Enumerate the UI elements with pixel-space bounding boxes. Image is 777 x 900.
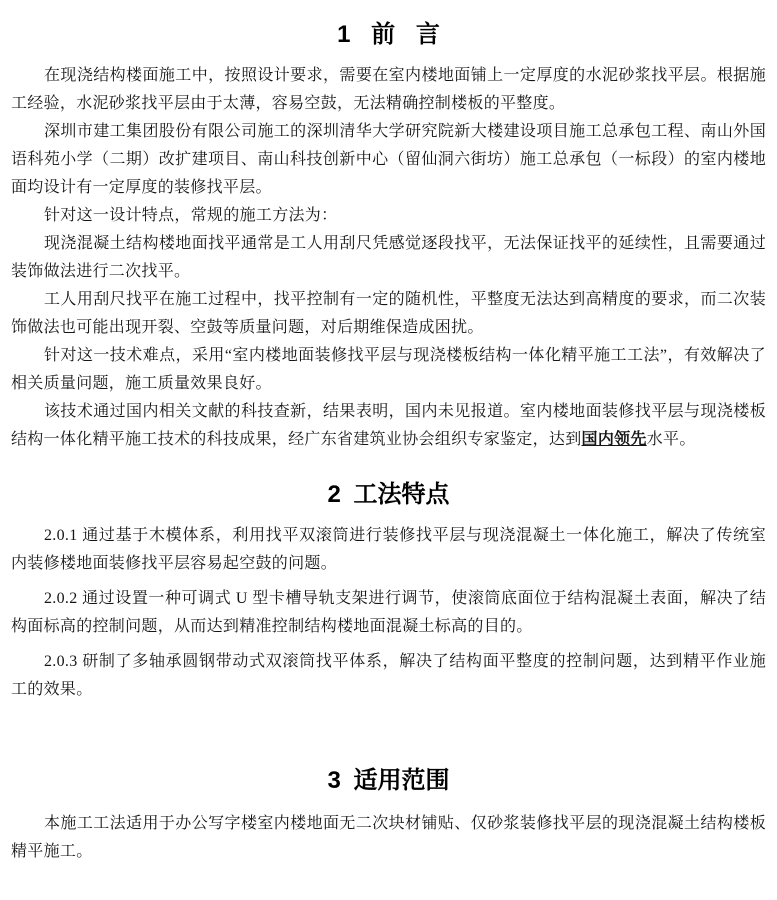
section-scope-heading: 3 适用范围 xyxy=(11,766,766,796)
preface-paragraph-5: 工人用刮尺找平在施工过程中，找平控制有一定的随机性，平整度无法达到高精度的要求，… xyxy=(11,286,766,342)
section-features: 2 工法特点 2.0.1 通过基于木模体系，利用找平双滚筒进行装修找平层与现浇混… xyxy=(11,480,766,704)
section-preface-heading: 1 前 言 xyxy=(11,20,766,50)
emphasized-grade-text: 国内领先 xyxy=(582,431,647,448)
paragraph-text-post: 水平。 xyxy=(647,431,696,448)
scope-paragraph-1: 本施工工法适用于办公写字楼室内楼地面无二次块材铺贴、仅砂浆装修找平层的现浇混凝土… xyxy=(11,810,766,866)
preface-paragraph-3: 针对这一设计特点，常规的施工方法为： xyxy=(11,202,766,230)
preface-paragraph-7: 该技术通过国内相关文献的科技查新，结果表明，国内未见报道。室内楼地面装修找平层与… xyxy=(11,398,766,454)
preface-paragraph-2: 深圳市建工集团股份有限公司施工的深圳清华大学研究院新大楼建设项目施工总承包工程、… xyxy=(11,118,766,202)
section-features-heading: 2 工法特点 xyxy=(11,480,766,510)
document-page: 1 前 言 在现浇结构楼面施工中，按照设计要求，需要在室内楼地面铺上一定厚度的水… xyxy=(0,0,777,900)
features-paragraph-1: 2.0.1 通过基于木模体系，利用找平双滚筒进行装修找平层与现浇混凝土一体化施工… xyxy=(11,522,766,578)
section-scope: 3 适用范围 本施工工法适用于办公写字楼室内楼地面无二次块材铺贴、仅砂浆装修找平… xyxy=(11,766,766,866)
preface-paragraph-4: 现浇混凝土结构楼地面找平通常是工人用刮尺凭感觉逐段找平，无法保证找平的延续性，且… xyxy=(11,230,766,286)
preface-paragraph-6: 针对这一技术难点，采用“室内楼地面装修找平层与现浇楼板结构一体化精平施工工法”，… xyxy=(11,342,766,398)
features-paragraph-3: 2.0.3 研制了多轴承圆钢带动式双滚筒找平体系，解决了结构面平整度的控制问题，… xyxy=(11,648,766,704)
preface-paragraph-1: 在现浇结构楼面施工中，按照设计要求，需要在室内楼地面铺上一定厚度的水泥砂浆找平层… xyxy=(11,62,766,118)
section-preface: 1 前 言 在现浇结构楼面施工中，按照设计要求，需要在室内楼地面铺上一定厚度的水… xyxy=(11,20,766,454)
features-paragraph-2: 2.0.2 通过设置一种可调式 U 型卡槽导轨支架进行调节，使滚筒底面位于结构混… xyxy=(11,585,766,641)
